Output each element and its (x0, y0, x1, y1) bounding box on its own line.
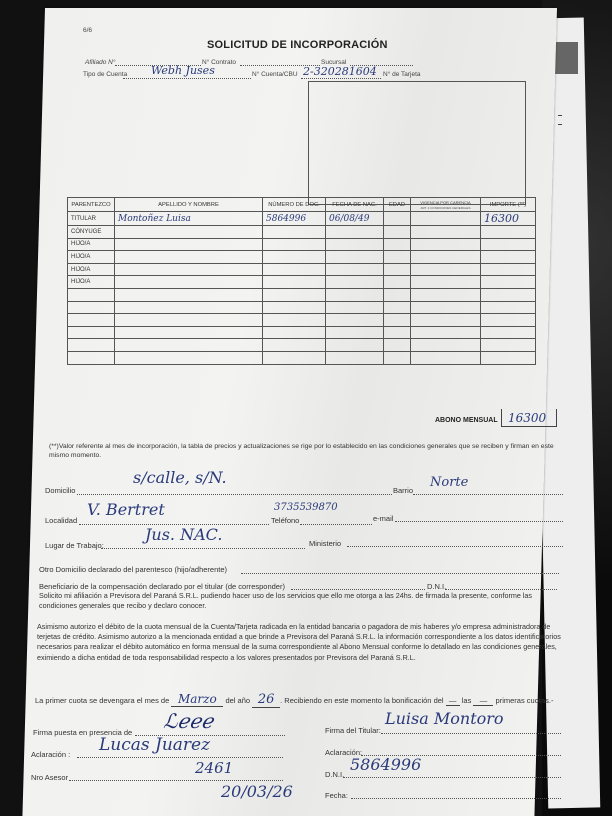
tipo-cuenta-field[interactable] (123, 78, 251, 79)
cell-doc[interactable] (263, 226, 326, 239)
fecha-field[interactable] (351, 798, 561, 799)
cell-edad[interactable] (384, 226, 411, 239)
firma-titular-field[interactable] (381, 733, 561, 734)
table-row: TITULARMontoñez Luisa586499606/08/491630… (68, 212, 536, 226)
cell-edad[interactable] (384, 301, 411, 314)
domicilio-field[interactable] (77, 494, 392, 495)
cell-fecha[interactable] (326, 276, 384, 289)
cell-importe[interactable] (481, 276, 536, 289)
cell-edad[interactable] (384, 314, 411, 327)
col-doc: NÚMERO DE DOC. (263, 198, 326, 212)
cell-parentezco[interactable]: HIJO/A (68, 263, 115, 276)
cuenta-cbu-field[interactable] (301, 78, 381, 79)
fecha-label: Fecha: (325, 791, 348, 800)
cell-vigencia[interactable] (411, 226, 481, 239)
cell-fecha[interactable] (326, 326, 384, 339)
cell-importe[interactable] (481, 326, 536, 339)
tarjeta-label: N° de Tarjeta (383, 71, 421, 78)
abono-mensual-box[interactable]: 16300 (501, 409, 557, 427)
telefono-value: 3735539870 (274, 502, 338, 513)
cell-importe[interactable] (481, 251, 536, 264)
barrio-label: Barrio (393, 486, 413, 495)
cell-doc[interactable] (263, 351, 326, 364)
firma-titular-label: Firma del Titular: (325, 726, 381, 735)
fecha-asesor-value: 20/03/26 (221, 782, 293, 801)
localidad-label: Localidad (45, 516, 77, 525)
table-row: HIJO/A (68, 263, 536, 276)
cell-importe[interactable] (481, 226, 536, 239)
form-title: SOLICITUD DE INCORPORACIÓN (207, 39, 388, 51)
cell-edad[interactable] (384, 288, 411, 301)
cell-fecha[interactable] (326, 288, 384, 301)
cell-edad[interactable] (384, 339, 411, 352)
cuota-anio-label: del año (225, 696, 250, 705)
cuenta-cbu-label: N° Cuenta/CBU (252, 71, 298, 78)
cell-nombre[interactable] (115, 314, 263, 327)
telefono-field[interactable] (300, 524, 372, 525)
col-vigencia-label: VIGENCIA POR CARENCIA (420, 200, 470, 205)
cell-nombre[interactable] (115, 276, 263, 289)
cell-vigencia[interactable] (411, 288, 481, 301)
cell-parentezco[interactable] (68, 326, 115, 339)
cell-fecha[interactable] (326, 339, 384, 352)
cell-parentezco[interactable]: HIJO/A (68, 251, 115, 264)
col-fecha: FECHA DE NAC. (326, 198, 384, 212)
bonif-pct[interactable]: — (446, 696, 460, 706)
telefono-label: Teléfono (271, 516, 299, 525)
cell-importe[interactable]: 16300 (481, 212, 536, 226)
cell-parentezco[interactable] (68, 288, 115, 301)
cell-parentezco[interactable]: HIJO/A (68, 238, 115, 251)
cell-vigencia[interactable] (411, 238, 481, 251)
col-nombre: APELLIDO Y NOMBRE (115, 198, 263, 212)
footnote: (**)Valor referente al mes de incorporac… (49, 442, 561, 460)
aclaracion-asesor-field[interactable] (77, 757, 283, 758)
tipo-cuenta-value: Webh Juses (151, 64, 215, 77)
terms-paragraph-1: Solicito mi afiliación a Previsora del P… (39, 591, 564, 611)
firma-titular-value: Luisa Montoro (385, 709, 504, 728)
cell-vigencia[interactable] (411, 314, 481, 327)
cell-vigencia[interactable] (411, 212, 481, 226)
dni-label: D.N.I. (325, 770, 344, 779)
tipo-cuenta-label: Tipo de Cuenta (83, 71, 127, 78)
cell-edad[interactable] (384, 238, 411, 251)
cell-nombre[interactable]: Montoñez Luisa (115, 212, 263, 226)
cell-importe[interactable] (481, 238, 536, 251)
barrio-field[interactable] (413, 494, 563, 495)
cell-parentezco[interactable] (68, 314, 115, 327)
cell-vigencia[interactable] (411, 339, 481, 352)
cell-parentezco[interactable] (68, 301, 115, 314)
table-header-row: PARENTEZCO APELLIDO Y NOMBRE NÚMERO DE D… (68, 198, 536, 212)
cell-doc[interactable] (263, 251, 326, 264)
underlying-mark (558, 124, 562, 125)
trabajo-label: Lugar de Trabajo: (45, 541, 104, 550)
cell-nombre[interactable] (115, 288, 263, 301)
cell-fecha[interactable] (326, 314, 384, 327)
nro-asesor-field[interactable] (69, 780, 283, 781)
bonif-suffix: primeras cuotas.- (496, 696, 554, 705)
otro-domicilio-label: Otro Domicilio declarado del parentesco … (39, 565, 227, 574)
table-row (68, 288, 536, 301)
bonif-text: . Recibiendo en este momento la bonifica… (280, 696, 443, 705)
aclaracion-asesor-value: Lucas Juarez (99, 735, 210, 755)
table-row: HIJO/A (68, 276, 536, 289)
cell-nombre[interactable] (115, 339, 263, 352)
table-row (68, 339, 536, 352)
cell-edad[interactable] (384, 263, 411, 276)
beneficiario-field[interactable] (291, 589, 425, 590)
page-counter: 6/6 (83, 27, 92, 34)
aclaracion-asesor-label: Aclaración : (31, 750, 70, 759)
cell-fecha[interactable] (326, 226, 384, 239)
terms-paragraph-2: Asimismo autorizo el débito de la cuota … (37, 622, 565, 663)
abono-mensual-label: ABONO MENSUAL (435, 417, 498, 424)
cell-parentezco[interactable]: TITULAR (68, 212, 115, 226)
cell-doc[interactable] (263, 288, 326, 301)
trabajo-field[interactable] (101, 548, 305, 549)
cell-parentezco[interactable] (68, 351, 115, 364)
members-table: PARENTEZCO APELLIDO Y NOMBRE NÚMERO DE D… (67, 197, 536, 365)
table-row: CÓNYUGE (68, 226, 536, 239)
cell-doc[interactable] (263, 339, 326, 352)
cell-edad[interactable] (384, 326, 411, 339)
ministerio-label: Ministerio (309, 539, 341, 548)
cell-fecha[interactable] (326, 251, 384, 264)
abono-mensual-value: 16300 (502, 411, 546, 425)
cell-nombre[interactable] (115, 326, 263, 339)
cell-importe[interactable] (481, 339, 536, 352)
cell-doc[interactable] (263, 276, 326, 289)
beneficiario-dni-label: D.N.I. (427, 582, 446, 591)
cell-parentezco[interactable]: HIJO/A (68, 276, 115, 289)
dni-value: 5864996 (350, 755, 421, 774)
cell-parentezco[interactable] (68, 339, 115, 352)
localidad-value: V. Bertret (87, 500, 165, 519)
cell-fecha[interactable]: 06/08/49 (326, 212, 384, 226)
email-field[interactable] (395, 521, 563, 522)
col-edad: EDAD (384, 198, 411, 212)
dni-field[interactable] (343, 777, 561, 778)
cell-importe[interactable] (481, 301, 536, 314)
cell-vigencia[interactable] (411, 263, 481, 276)
table-row: HIJO/A (68, 251, 536, 264)
cell-nombre[interactable] (115, 351, 263, 364)
cuenta-cbu-value: 2-320281604 (303, 65, 377, 78)
presencia-signature: ℒℯℯℯ (163, 709, 213, 733)
domicilio-label: Domicilio (45, 486, 75, 495)
underlying-mark (558, 115, 562, 116)
cell-importe[interactable] (481, 263, 536, 276)
cell-edad[interactable] (384, 251, 411, 264)
nro-asesor-value: 2461 (195, 759, 233, 777)
trabajo-value: Jus. NAC. (145, 525, 222, 544)
cell-importe[interactable] (481, 351, 536, 364)
nro-asesor-label: Nro Asesor (31, 773, 68, 782)
col-vigencia-sub: ART. 4 CONDICIONES GENERALES (414, 206, 477, 210)
cell-doc[interactable] (263, 326, 326, 339)
cell-edad[interactable] (384, 212, 411, 226)
cell-fecha[interactable] (326, 301, 384, 314)
cell-nombre[interactable] (115, 251, 263, 264)
barrio-value: Norte (430, 475, 468, 490)
cell-importe[interactable] (481, 314, 536, 327)
afiliado-label: Afiliado N° (85, 59, 115, 66)
cell-vigencia[interactable] (411, 351, 481, 364)
col-parentezco: PARENTEZCO (68, 198, 115, 212)
table-row (68, 326, 536, 339)
cell-nombre[interactable] (115, 301, 263, 314)
table-row: HIJO/A (68, 238, 536, 251)
cuota-anio[interactable]: 26 (252, 692, 280, 708)
cell-nombre[interactable] (115, 238, 263, 251)
cell-nombre[interactable] (115, 263, 263, 276)
cell-doc[interactable] (263, 314, 326, 327)
domicilio-value: s/calle, s/N. (133, 468, 227, 487)
cell-edad[interactable] (384, 351, 411, 364)
cell-fecha[interactable] (326, 238, 384, 251)
cell-vigencia[interactable] (411, 301, 481, 314)
cuota-mes[interactable]: Marzo (171, 692, 223, 707)
cell-parentezco[interactable]: CÓNYUGE (68, 226, 115, 239)
bonif-cuotas[interactable]: — (473, 696, 493, 706)
cell-vigencia[interactable] (411, 326, 481, 339)
cell-doc[interactable] (263, 301, 326, 314)
cell-fecha[interactable] (326, 351, 384, 364)
cuota-line: La primer cuota se devengara el mes de M… (35, 692, 553, 708)
cell-vigencia[interactable] (411, 276, 481, 289)
email-label: e-mail (373, 514, 393, 523)
bonif-las: las (462, 696, 472, 705)
beneficiario-dni-field[interactable] (445, 589, 557, 590)
ministerio-field[interactable] (347, 546, 563, 547)
cell-doc[interactable] (263, 238, 326, 251)
cell-vigencia[interactable] (411, 251, 481, 264)
card-box[interactable] (308, 81, 526, 205)
cell-fecha[interactable] (326, 263, 384, 276)
table-row (68, 301, 536, 314)
col-importe: IMPORTE (**) (481, 198, 536, 212)
table-row (68, 351, 536, 364)
beneficiario-label: Beneficiario de la compensación declarad… (39, 582, 285, 591)
table-row (68, 314, 536, 327)
cell-edad[interactable] (384, 276, 411, 289)
cell-importe[interactable] (481, 288, 536, 301)
cell-doc[interactable]: 5864996 (263, 212, 326, 226)
col-vigencia: VIGENCIA POR CARENCIAART. 4 CONDICIONES … (411, 198, 481, 212)
cell-nombre[interactable] (115, 226, 263, 239)
cell-doc[interactable] (263, 263, 326, 276)
cuota-prefix: La primer cuota se devengara el mes de (35, 696, 169, 705)
form-page: 6/6 SOLICITUD DE INCORPORACIÓN Afiliado … (22, 8, 557, 816)
otro-domicilio-field[interactable] (241, 573, 559, 574)
